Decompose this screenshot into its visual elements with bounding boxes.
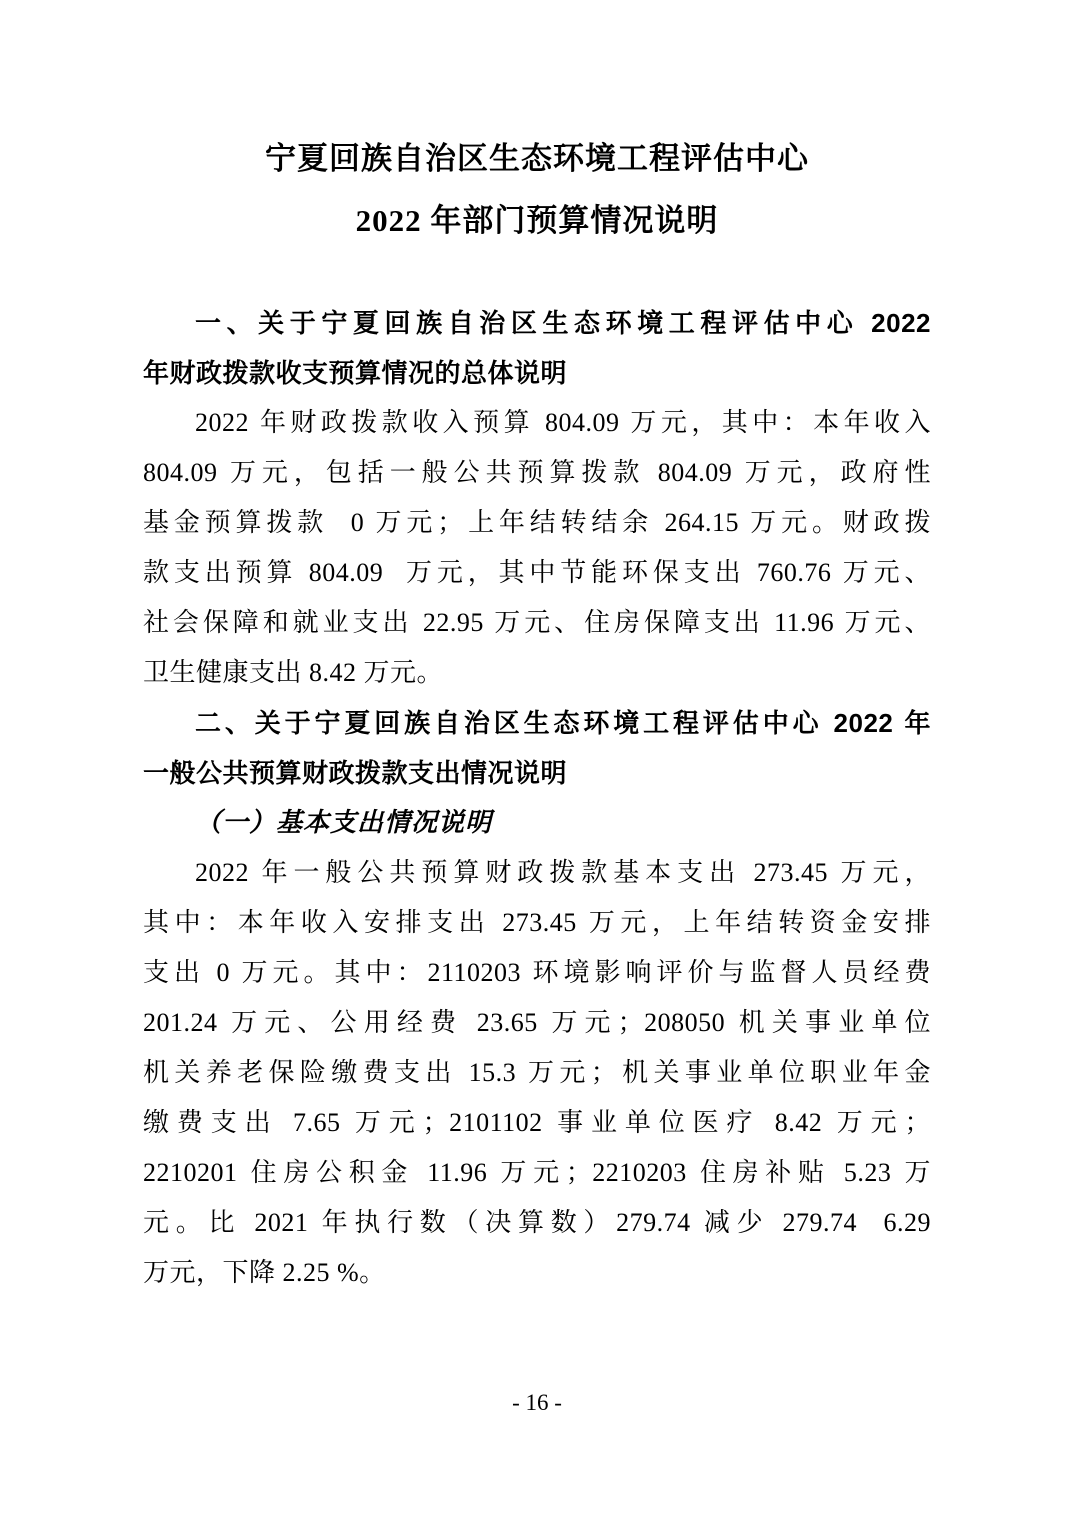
document-content: 宁夏回族自治区生态环境工程评估中心 2022 年部门预算情况说明 一、关于宁夏回… — [143, 0, 931, 1298]
section-2-paragraph-line: 机关养老保险缴费支出 15.3 万元；机关事业单位职业年金 — [143, 1048, 931, 1098]
section-2-heading-line-1: 二、关于宁夏回族自治区生态环境工程评估中心 2022 年 — [143, 698, 931, 748]
section-1-paragraph-line: 款支出预算 804.09 万元，其中节能环保支出 760.76 万元、 — [143, 548, 931, 598]
section-1-heading-line-1: 一、关于宁夏回族自治区生态环境工程评估中心 2022 — [143, 298, 931, 348]
section-1-paragraph-line: 社会保障和就业支出 22.95 万元、住房保障支出 11.96 万元、 — [143, 598, 931, 648]
section-2-paragraph-line: 支出 0 万元。其中：2110203 环境影响评价与监督人员经费 — [143, 948, 931, 998]
section-1-paragraph-line: 2022 年财政拨款收入预算 804.09 万元，其中：本年收入 — [143, 398, 931, 448]
document-body: 一、关于宁夏回族自治区生态环境工程评估中心 2022 年财政拨款收支预算情况的总… — [143, 298, 931, 1298]
document-page: 宁夏回族自治区生态环境工程评估中心 2022 年部门预算情况说明 一、关于宁夏回… — [0, 0, 1074, 1520]
section-2-paragraph-line: 其中：本年收入安排支出 273.45 万元，上年结转资金安排 — [143, 898, 931, 948]
page-number: - 16 - — [0, 1388, 1074, 1418]
section-2-paragraph-line: 万元，下降 2.25 %。 — [143, 1248, 931, 1298]
section-2-paragraph-line: 201.24 万元、公用经费 23.65 万元；208050 机关事业单位 — [143, 998, 931, 1048]
document-title-line-2: 2022 年部门预算情况说明 — [143, 190, 931, 252]
section-2-paragraph-line: 缴费支出 7.65 万元；2101102 事业单位医疗 8.42 万元； — [143, 1098, 931, 1148]
section-1-heading-line-2: 年财政拨款收支预算情况的总体说明 — [143, 348, 931, 398]
section-2-paragraph-line: 2022 年一般公共预算财政拨款基本支出 273.45 万元， — [143, 848, 931, 898]
section-2-heading-line-2: 一般公共预算财政拨款支出情况说明 — [143, 748, 931, 798]
section-1-paragraph-line: 基金预算拨款 0 万元；上年结转结余 264.15 万元。财政拨 — [143, 498, 931, 548]
section-2-subheading: （一）基本支出情况说明 — [143, 798, 931, 848]
section-2-paragraph-line: 元。比 2021 年执行数（决算数）279.74 减少 279.74 6.29 — [143, 1198, 931, 1248]
section-2-paragraph-line: 2210201 住房公积金 11.96 万元；2210203 住房补贴 5.23… — [143, 1148, 931, 1198]
document-title: 宁夏回族自治区生态环境工程评估中心 2022 年部门预算情况说明 — [143, 128, 931, 252]
document-title-line-1: 宁夏回族自治区生态环境工程评估中心 — [143, 128, 931, 190]
section-1-paragraph-line: 卫生健康支出 8.42 万元。 — [143, 648, 931, 698]
section-1-paragraph-line: 804.09 万元，包括一般公共预算拨款 804.09 万元，政府性 — [143, 448, 931, 498]
